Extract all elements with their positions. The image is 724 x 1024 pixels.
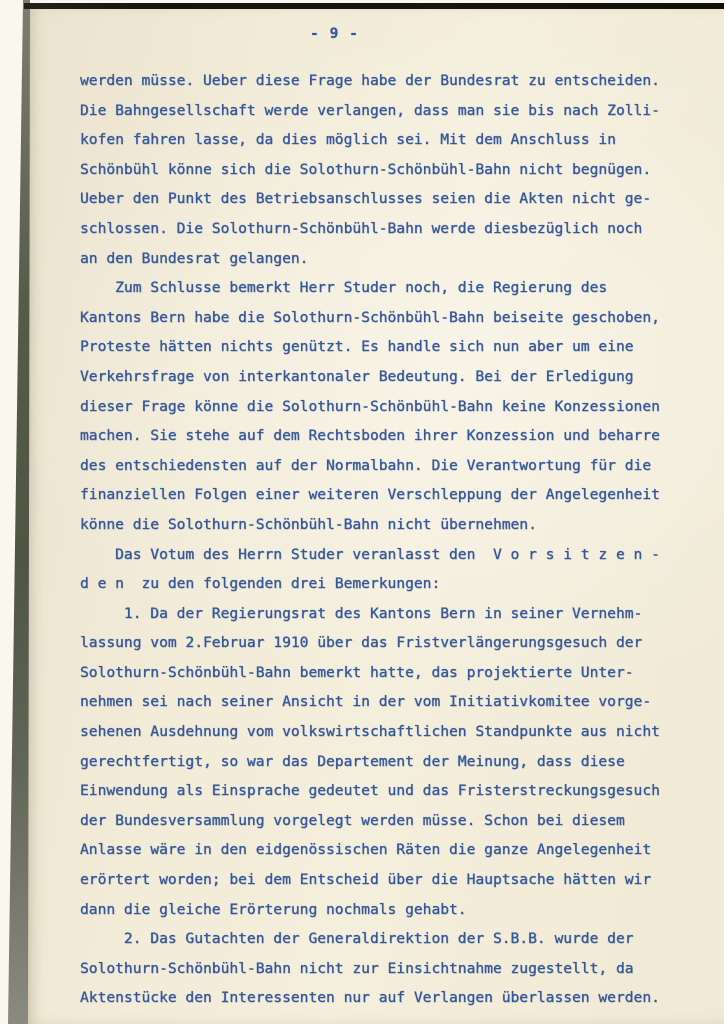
text-line: d e n zu den folgenden drei Bemerkungen: [80,569,680,599]
text-line: werden müsse. Ueber diese Frage habe der… [80,66,680,96]
text-line: Ueber den Punkt des Betriebsanschlusses … [80,184,680,214]
scan-top-edge-rule [24,3,724,9]
text-line: des entschiedensten auf der Normalbahn. … [80,451,680,481]
text-line: an den Bundesrat gelangen. [80,244,680,274]
text-line: Anlasse wäre in den eidgenössischen Räte… [80,835,680,865]
text-line: Kantons Bern habe die Solothurn-Schönbüh… [80,303,680,333]
text-line: dieser Frage könne die Solothurn-Schönbü… [80,392,680,422]
text-line: könne die Solothurn-Schönbühl-Bahn nicht… [80,510,680,540]
text-line: Die Bahngesellschaft werde verlangen, da… [80,96,680,126]
text-line: Solothurn-Schönbühl-Bahn nicht zur Einsi… [80,954,680,984]
text-line: Solothurn-Schönbühl-Bahn bemerkt hatte, … [80,658,680,688]
text-line: finanziellen Folgen einer weiteren Versc… [80,480,680,510]
text-line: Proteste hätten nichts genützt. Es handl… [80,332,680,362]
text-line: Zum Schlusse bemerkt Herr Studer noch, d… [80,273,680,303]
text-line: machen. Sie stehe auf dem Rechtsboden ih… [80,421,680,451]
page-number: - 9 - [310,25,359,42]
text-line: schlossen. Die Solothurn-Schönbühl-Bahn … [80,214,680,244]
text-line: gerechtfertigt, so war das Departement d… [80,747,680,777]
text-line: Das Votum des Herrn Studer veranlasst de… [80,540,680,570]
text-line: dann die gleiche Erörterung nochmals geh… [80,895,680,925]
text-line: Aktenstücke den Interessenten nur auf Ve… [80,983,680,1013]
document-body: werden müsse. Ueber diese Frage habe der… [80,66,680,1013]
text-line: 1. Da der Regierungsrat des Kantons Bern… [80,599,680,629]
text-line: der Bundesversammlung vorgelegt werden m… [80,806,680,836]
text-line: Schönbühl könne sich die Solothurn-Schön… [80,155,680,185]
text-line: 2. Das Gutachten der Generaldirektion de… [80,924,680,954]
text-line: lassung vom 2.Februar 1910 über das Fris… [80,628,680,658]
text-line: Verkehrsfrage von interkantonaler Bedeut… [80,362,680,392]
scanned-page: - 9 - werden müsse. Ueber diese Frage ha… [0,0,724,1024]
text-line: nehmen sei nach seiner Ansicht in der vo… [80,687,680,717]
text-line: Einwendung als Einsprache gedeutet und d… [80,776,680,806]
text-line: kofen fahren lasse, da dies möglich sei.… [80,125,680,155]
text-line: sehenen Ausdehnung vom volkswirtschaftli… [80,717,680,747]
text-line: erörtert worden; bei dem Entscheid über … [80,865,680,895]
